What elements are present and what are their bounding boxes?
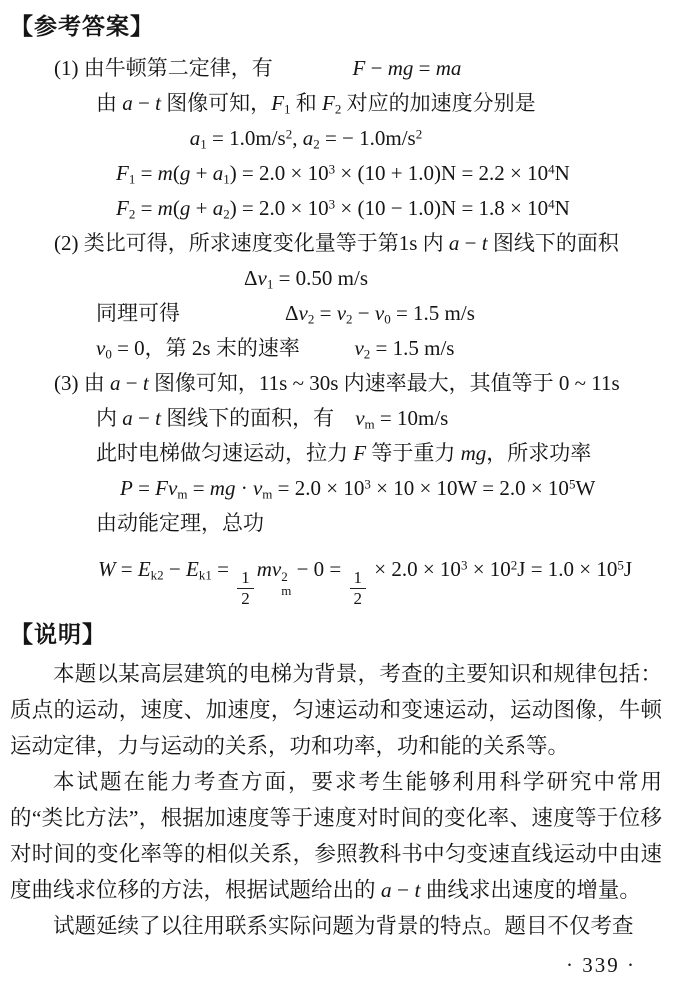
line-delta-v2: 同理可得Δv2 = v2 − v0 = 1.5 m/s — [10, 296, 662, 331]
book-page: 【参考答案】 (1) 由牛顿第二定律，有F − mg = ma 由 a − t … — [0, 0, 676, 1007]
line-at-graph-intro: 由 a − t 图像可知，F1 和 F2 对应的加速度分别是 — [10, 86, 662, 121]
note-paragraph-3: 试题延续了以往用联系实际问题为背景的特点。题目不仅考查 — [10, 908, 662, 944]
line-vm-value: 内 a − t 图线下的面积，有vm = 10m/s — [10, 401, 662, 436]
formula-accelerations: a1 = 1.0m/s2, a2 = − 1.0m/s2 — [10, 121, 662, 156]
line-v2-speed: v0 = 0，第 2s 末的速率v2 = 1.5 m/s — [10, 331, 662, 366]
page-number: · 339 · — [10, 953, 662, 978]
note-section: 本题以某高层建筑的电梯为背景，考查的主要知识和规律包括：质点的运动，速度、加速度… — [10, 656, 662, 944]
formula-total-work: W = Ek2 − Ek1 = 12mv2m − 0 = 12 × 2.0 × … — [10, 541, 662, 608]
answer-heading: 【参考答案】 — [10, 12, 662, 42]
note-heading: 【说明】 — [10, 620, 662, 650]
formula-power: P = Fvm = mg · vm = 2.0 × 103 × 10 × 10W… — [10, 471, 662, 506]
formula-f1: F1 = m(g + a1) = 2.0 × 103 × (10 + 1.0)N… — [10, 156, 662, 191]
line-newton-second-law: (1) 由牛顿第二定律，有F − mg = ma — [10, 51, 662, 86]
note-paragraph-1: 本题以某高层建筑的电梯为背景，考查的主要知识和规律包括：质点的运动，速度、加速度… — [10, 656, 662, 764]
formula-f2: F2 = m(g + a2) = 2.0 × 103 × (10 − 1.0)N… — [10, 191, 662, 226]
line-uniform-motion: 此时电梯做匀速运动，拉力 F 等于重力 mg，所求功率 — [10, 436, 662, 471]
line-part3-max-speed: (3) 由 a − t 图像可知，11s ~ 30s 内速率最大，其值等于 0 … — [10, 366, 662, 401]
answer-section: (1) 由牛顿第二定律，有F − mg = ma 由 a − t 图像可知，F1… — [10, 51, 662, 608]
note-paragraph-2: 本试题在能力考查方面，要求考生能够利用科学研究中常用的“类比方法”，根据加速度等… — [10, 764, 662, 908]
line-part2-analogy: (2) 类比可得，所求速度变化量等于第1s 内 a − t 图线下的面积 — [10, 226, 662, 261]
formula-delta-v1: Δv1 = 0.50 m/s — [10, 261, 662, 296]
line-kinetic-theorem: 由动能定理，总功 — [10, 506, 662, 541]
